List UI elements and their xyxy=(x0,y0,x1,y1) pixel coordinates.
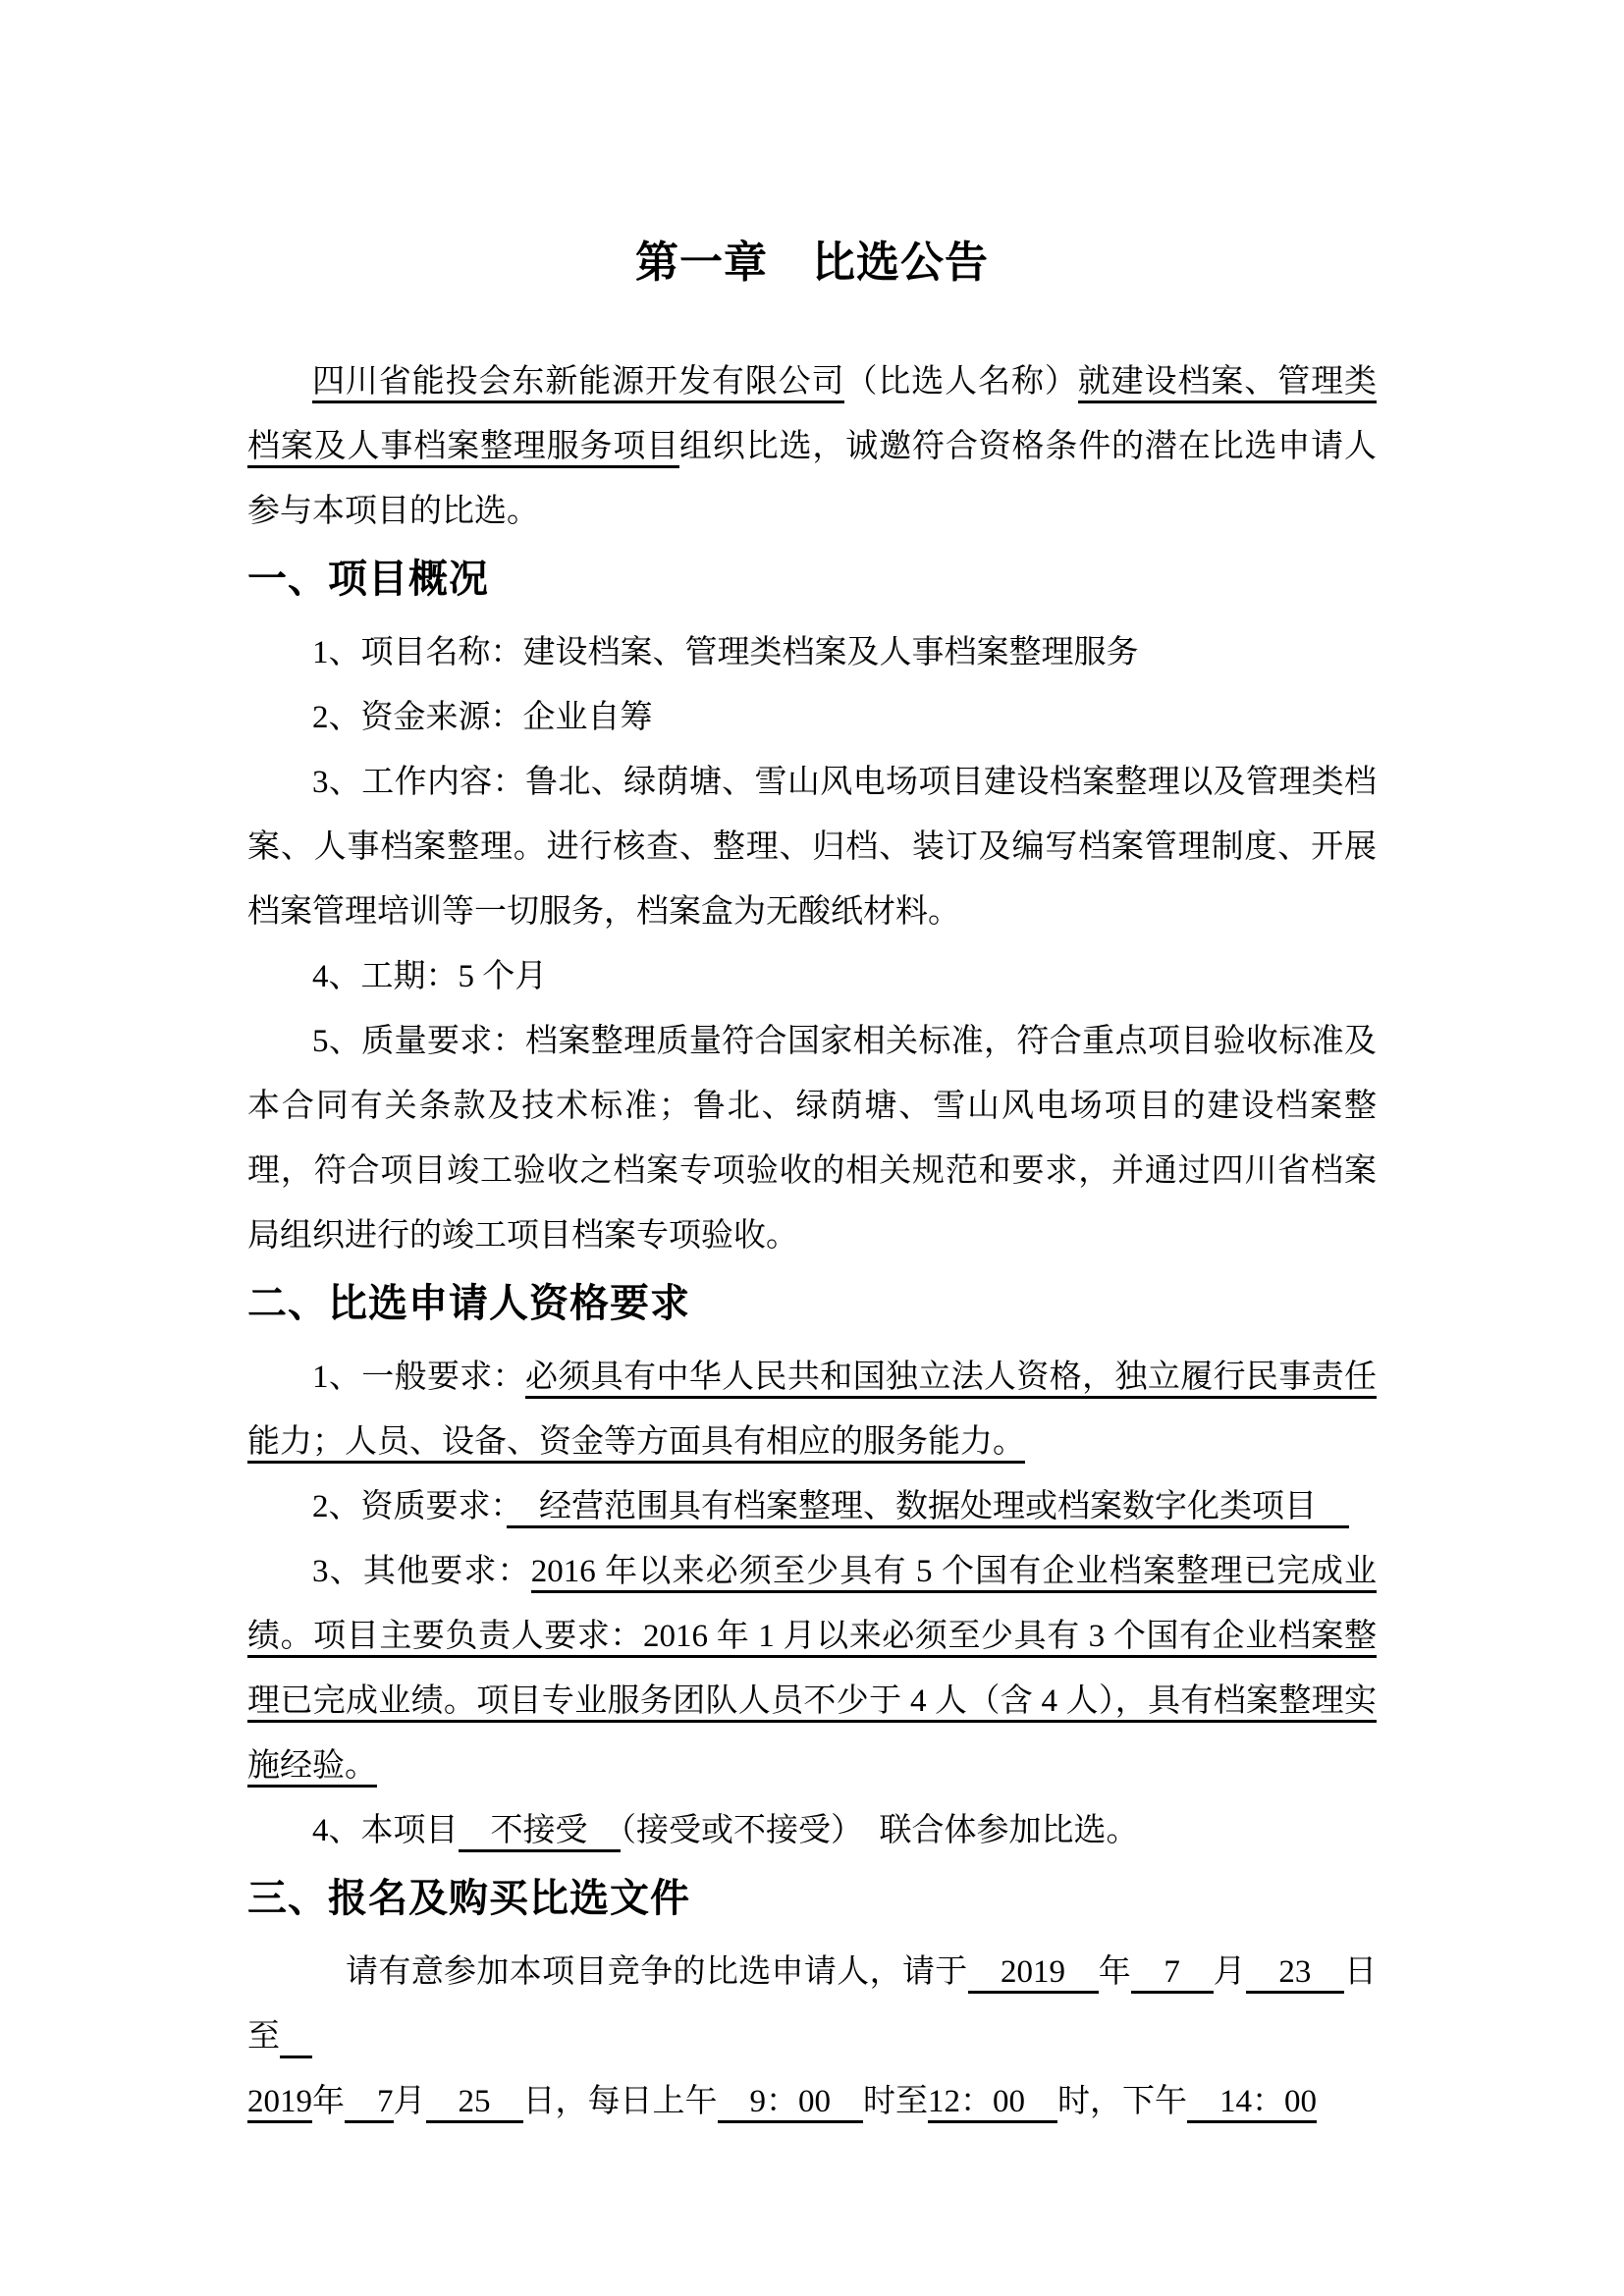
underlined-text: 2019 xyxy=(968,1954,1099,1994)
text-run: 4、工期：5 个月 xyxy=(312,959,547,994)
underlined-text: 7 xyxy=(345,2084,394,2123)
text-run: 请有意参加本项目竞争的比选申请人，请于 xyxy=(346,1954,968,1990)
text-run: 3、其他要求： xyxy=(312,1554,531,1589)
paragraph: 2、资金来源：企业自筹 xyxy=(247,685,1377,750)
paragraph: 3、工作内容：鲁北、绿荫塘、雪山风电场项目建设档案整理以及管理类档案、人事档案整… xyxy=(247,750,1377,944)
text-run: 二、比选申请人资格要求 xyxy=(247,1281,690,1325)
paragraph: 请有意参加本项目竞争的比选申请人，请于 2019 年 7 月 23 日至 xyxy=(247,1940,1377,2069)
document-body: 四川省能投会东新能源开发有限公司（比选人名称）就建设档案、管理类档案及人事档案整… xyxy=(247,349,1377,2134)
underlined-text: 7 xyxy=(1131,1954,1214,1994)
text-run: 年 xyxy=(1099,1954,1131,1990)
paragraph: 2、资质要求： 经营范围具有档案整理、数据处理或档案数字化类项目 xyxy=(247,1474,1377,1539)
underlined-text xyxy=(280,2019,312,2058)
paragraph: 4、本项目 不接受 （接受或不接受） 联合体参加比选。 xyxy=(247,1798,1377,1863)
paragraph: 1、项目名称：建设档案、管理类档案及人事档案整理服务 xyxy=(247,620,1377,685)
underlined-text: 2019 xyxy=(247,2084,312,2123)
text-run: 时至 xyxy=(863,2084,928,2119)
chapter-title: 第一章 比选公告 xyxy=(247,234,1377,293)
document-page: { "title": "第一章 比选公告", "text_color": "#0… xyxy=(0,0,1624,2296)
section-heading: 三、报名及购买比选文件 xyxy=(247,1871,1377,1926)
text-run: 1、一般要求： xyxy=(312,1360,525,1395)
text-run: 月 xyxy=(394,2084,426,2119)
text-run: 一、项目概况 xyxy=(247,557,489,601)
text-run: 时，下午 xyxy=(1057,2084,1187,2119)
text-run: （比选人名称） xyxy=(844,364,1077,400)
section-heading: 二、比选申请人资格要求 xyxy=(247,1276,1377,1331)
underlined-text: 四川省能投会东新能源开发有限公司 xyxy=(312,364,844,403)
underlined-text: 23 xyxy=(1246,1954,1344,1994)
underlined-text: 经营范围具有档案整理、数据处理或档案数字化类项目 xyxy=(507,1489,1349,1528)
text-run: 2、资金来源：企业自筹 xyxy=(312,700,653,735)
underlined-text: 25 xyxy=(426,2084,523,2123)
paragraph: 3、其他要求：2016 年以来必须至少具有 5 个国有企业档案整理已完成业绩。项… xyxy=(247,1539,1377,1798)
text-run: 3、工作内容：鲁北、绿荫塘、雪山风电场项目建设档案整理以及管理类档案、人事档案整… xyxy=(247,765,1377,930)
section-heading: 一、项目概况 xyxy=(247,552,1377,607)
text-run: 月 xyxy=(1214,1954,1246,1990)
text-run: 三、报名及购买比选文件 xyxy=(247,1876,690,1920)
text-run: 4、本项目 xyxy=(312,1813,459,1848)
paragraph: 4、工期：5 个月 xyxy=(247,944,1377,1009)
paragraph: 四川省能投会东新能源开发有限公司（比选人名称）就建设档案、管理类档案及人事档案整… xyxy=(247,349,1377,544)
text-run: （接受或不接受） 联合体参加比选。 xyxy=(621,1813,1139,1848)
text-run: 日，每日上午 xyxy=(523,2084,718,2119)
paragraph: 1、一般要求：必须具有中华人民共和国独立法人资格，独立履行民事责任能力；人员、设… xyxy=(247,1345,1377,1474)
underlined-text: 14：00 xyxy=(1187,2084,1317,2123)
underlined-text: 12：00 xyxy=(928,2084,1057,2123)
text-run: 年 xyxy=(312,2084,345,2119)
page-content: 第一章 比选公告 四川省能投会东新能源开发有限公司（比选人名称）就建设档案、管理… xyxy=(247,0,1377,2134)
underlined-text: 不接受 xyxy=(459,1813,621,1852)
text-run: 2、资质要求： xyxy=(312,1489,507,1524)
paragraph: 5、质量要求：档案整理质量符合国家相关标准，符合重点项目验收标准及本合同有关条款… xyxy=(247,1009,1377,1268)
text-run: 5、质量要求：档案整理质量符合国家相关标准，符合重点项目验收标准及本合同有关条款… xyxy=(247,1024,1377,1254)
underlined-text: 9：00 xyxy=(718,2084,864,2123)
text-run: 1、项目名称：建设档案、管理类档案及人事档案整理服务 xyxy=(312,635,1139,670)
paragraph: 2019年 7月 25 日，每日上午 9：00 时至12：00 时，下午 14：… xyxy=(247,2069,1377,2134)
